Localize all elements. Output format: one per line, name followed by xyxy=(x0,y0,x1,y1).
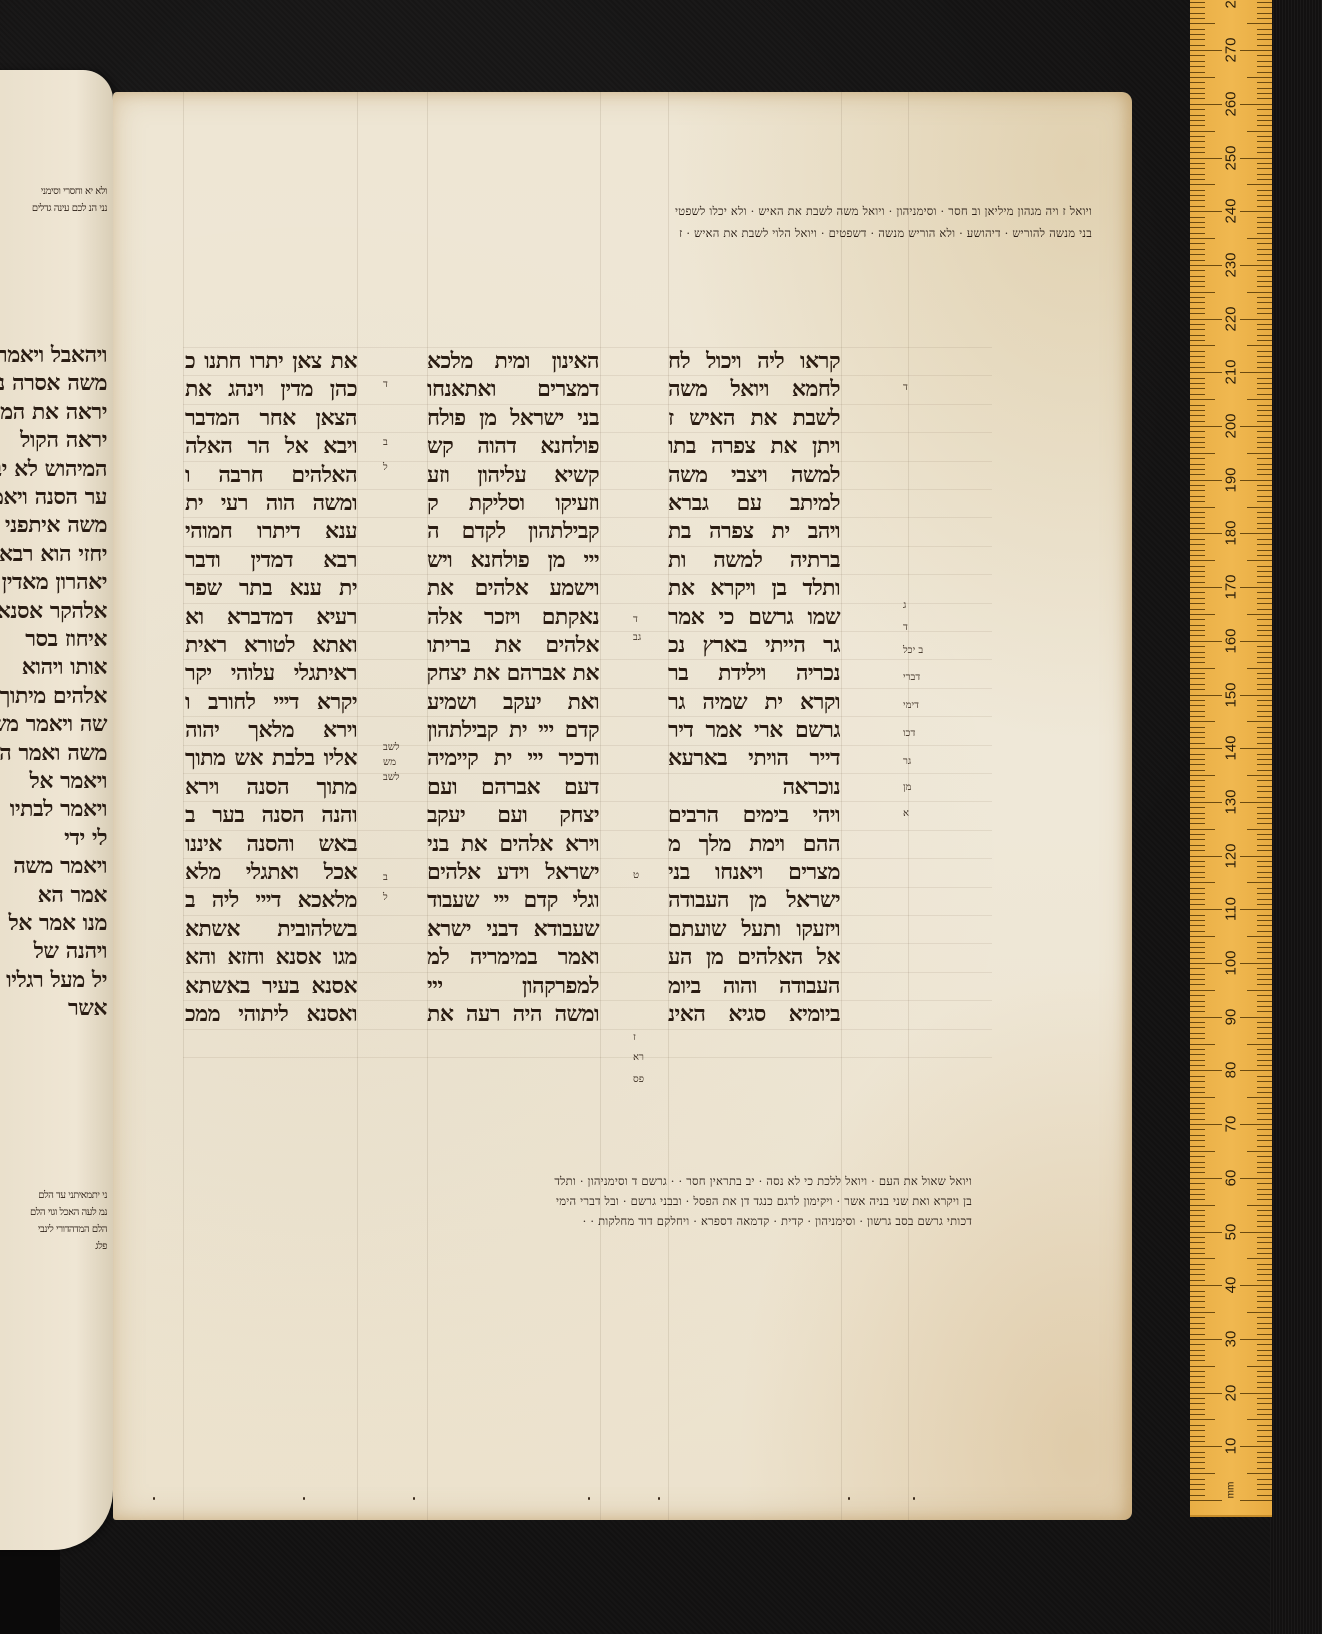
ruler-tick xyxy=(1190,555,1205,556)
ruler-tick xyxy=(1190,737,1205,738)
ruler-tick xyxy=(1257,1441,1272,1442)
ruler-tick xyxy=(1257,367,1272,368)
text-line: למיתב עם גברא xyxy=(668,489,840,517)
ruler-tick xyxy=(1257,979,1272,980)
ruler-tick xyxy=(1190,1172,1205,1173)
ruler-tick xyxy=(1190,689,1205,690)
ruler-tick xyxy=(1257,888,1272,889)
ruler-tick xyxy=(1247,77,1272,78)
ruler-tick xyxy=(1190,286,1205,287)
ruler-tick xyxy=(1257,571,1272,572)
ruler-tick xyxy=(1257,754,1272,755)
ruler-tick xyxy=(1190,872,1205,873)
ruler-tick xyxy=(1190,1081,1205,1082)
margin-note: מש xyxy=(383,757,396,768)
ruler-tick xyxy=(1257,378,1272,379)
ruler-tick xyxy=(1190,1129,1205,1130)
text-line: קדם ייי ית קבילתהון xyxy=(427,716,599,744)
text-line: האינון ומית מלכא xyxy=(427,347,599,375)
ruler-tick xyxy=(1257,190,1272,191)
ruler-tick xyxy=(1190,1060,1205,1061)
ruler-tick xyxy=(1190,646,1205,647)
ruler-label: 210 xyxy=(1223,360,1240,385)
ruler-tick xyxy=(1257,1087,1272,1088)
ruler-tick xyxy=(1190,614,1215,615)
text-line: והנה הסנה בער ב xyxy=(185,801,357,829)
ruler-tick xyxy=(1190,141,1205,142)
ruler-tick xyxy=(1190,861,1205,862)
pricking-mark xyxy=(413,1497,415,1500)
ruler-tick xyxy=(1190,372,1222,373)
left-page-text-line: אלהקר אסנא xyxy=(0,598,107,624)
ruler-tick xyxy=(1190,1436,1205,1437)
ruler-tick xyxy=(1190,437,1205,438)
pricking-mark xyxy=(658,1497,660,1500)
ruler-tick xyxy=(1257,743,1272,744)
margin-note: דברי xyxy=(903,672,920,683)
ruler-tick xyxy=(1190,915,1205,916)
ruler-tick xyxy=(1257,550,1272,551)
left-page-text-line: אותו ויהוא xyxy=(22,654,107,680)
ruler-tick xyxy=(1257,18,1272,19)
ruler-tick xyxy=(1190,571,1205,572)
ruler-tick xyxy=(1190,791,1205,792)
ruler-tick xyxy=(1257,566,1272,567)
ruler-tick xyxy=(1257,786,1272,787)
ruler-tick xyxy=(1190,1232,1222,1233)
ruler-tick xyxy=(1240,748,1272,749)
margin-note: רא xyxy=(633,1052,644,1063)
ruler-tick xyxy=(1190,802,1222,803)
text-line: וזעיקו וסליקת ק xyxy=(427,489,599,517)
ruler-tick xyxy=(1257,1328,1272,1329)
text-line: דייר הויתי בארעא xyxy=(668,744,840,772)
ruler-tick xyxy=(1257,995,1272,996)
ruler-tick xyxy=(1190,249,1205,250)
ruler-tick xyxy=(1257,297,1272,298)
text-line: אלהים את בריתו xyxy=(427,631,599,659)
ruler-tick xyxy=(1190,1409,1205,1410)
text-line: אכל ואתגלי מלא xyxy=(185,858,357,886)
margin-note: דכו xyxy=(903,728,915,739)
ruler-tick xyxy=(1190,984,1205,985)
ruler-tick xyxy=(1247,23,1272,24)
ruler-tick xyxy=(1190,200,1205,201)
ruler-tick xyxy=(1240,211,1272,212)
left-top-masorah-line: נני הנ לכם עינה גדלים xyxy=(32,203,107,214)
ruler-tick xyxy=(1190,1022,1205,1023)
ruler-tick xyxy=(1240,1446,1272,1447)
text-line: ההם וימת מלך מ xyxy=(668,830,840,858)
ruling-line xyxy=(841,92,842,1520)
ruler-tick xyxy=(1240,265,1272,266)
ruler-label: 40 xyxy=(1223,1277,1240,1294)
text-line: ויהי בימים הרבים xyxy=(668,801,840,829)
text-line: ויבא אל הר האלה xyxy=(185,432,357,460)
left-page-text-line: יאהרון מאדין xyxy=(2,569,107,595)
text-line: קראו ליה ויכול לח xyxy=(668,347,840,375)
ruler-tick xyxy=(1247,453,1272,454)
ruler-tick xyxy=(1190,174,1205,175)
ruler-tick xyxy=(1247,936,1272,937)
ruler-tick xyxy=(1190,501,1205,502)
text-line: פולחנא דהוה קש xyxy=(427,432,599,460)
ruler-tick xyxy=(1190,813,1205,814)
pricking-mark xyxy=(153,1497,155,1500)
ruler-tick xyxy=(1190,104,1222,105)
left-page-text-line: אמר הא xyxy=(38,882,107,908)
ruler-tick xyxy=(1190,1489,1205,1490)
ruler-tick xyxy=(1240,963,1272,964)
ruler-tick xyxy=(1190,1044,1215,1045)
ruler-tick xyxy=(1240,1124,1272,1125)
text-line: ויתן את צפרה בתו xyxy=(668,432,840,460)
ruler-tick xyxy=(1257,1027,1272,1028)
ruler-tick xyxy=(1190,732,1205,733)
ruler-tick xyxy=(1190,818,1205,819)
ruler-tick xyxy=(1190,109,1205,110)
text-line: ייי מן פולחנא ויש xyxy=(427,546,599,574)
ruler-tick xyxy=(1247,829,1272,830)
text-line: אל האלהים מן הע xyxy=(668,943,840,971)
text-column-right: קראו ליה ויכול לחלחמא ויואל משהלשבת את ה… xyxy=(668,347,840,1028)
ruler-tick xyxy=(1257,61,1272,62)
ruler-tick xyxy=(1190,1065,1205,1066)
left-page-text-line: אלהים מיתוך xyxy=(0,683,107,709)
ruler-tick xyxy=(1190,754,1205,755)
ruler-tick xyxy=(1257,861,1272,862)
ruler-tick xyxy=(1190,1124,1222,1125)
ruler-tick xyxy=(1257,88,1272,89)
ruler-tick xyxy=(1257,125,1272,126)
ruler-tick xyxy=(1257,1146,1272,1147)
text-line: מתוך הסנה וירא xyxy=(185,773,357,801)
ruler-tick xyxy=(1257,260,1272,261)
ruler-tick xyxy=(1257,174,1272,175)
ruler-tick xyxy=(1257,313,1272,314)
ruler-tick xyxy=(1257,1065,1272,1066)
ruler-tick xyxy=(1190,55,1205,56)
ruler-tick xyxy=(1257,302,1272,303)
left-page-text-line: ויאמר לבתיו xyxy=(10,796,107,822)
ruler-tick xyxy=(1257,818,1272,819)
ruler-tick xyxy=(1190,1280,1205,1281)
ruler-tick xyxy=(1190,23,1215,24)
ruler-tick xyxy=(1257,780,1272,781)
ruler-tick xyxy=(1190,458,1205,459)
margin-note: ב xyxy=(383,437,388,448)
margin-note: ד xyxy=(903,622,908,633)
ruler-tick xyxy=(1190,329,1205,330)
ruler-tick xyxy=(1190,716,1205,717)
ruler-tick xyxy=(1257,233,1272,234)
ruler-tick xyxy=(1190,474,1205,475)
text-line: העבודה והוה ביומ xyxy=(668,972,840,1000)
text-line: ויהב ית צפרה בת xyxy=(668,517,840,545)
ruler-tick xyxy=(1257,732,1272,733)
ruler-tick xyxy=(1257,168,1272,169)
ruler-tick xyxy=(1190,1382,1205,1383)
ruler-tick xyxy=(1190,1473,1215,1474)
ruler-tick xyxy=(1190,254,1205,255)
ruler-tick xyxy=(1190,313,1205,314)
ruler-tick xyxy=(1190,1011,1205,1012)
ruler-tick xyxy=(1257,1135,1272,1136)
ruler-tick xyxy=(1257,1248,1272,1249)
ruler-tick xyxy=(1190,179,1205,180)
ruler-tick xyxy=(1190,1307,1205,1308)
ruler-tick xyxy=(1257,517,1272,518)
ruler-tick xyxy=(1190,630,1205,631)
ruler-tick xyxy=(1190,619,1205,620)
ruler-tick xyxy=(1257,98,1272,99)
ruler-tick xyxy=(1257,700,1272,701)
ruler-tick xyxy=(1190,405,1205,406)
ruler-tick xyxy=(1257,539,1272,540)
ruler-tick xyxy=(1257,797,1272,798)
ruler-tick xyxy=(1190,995,1205,996)
ruler-tick xyxy=(1190,1468,1205,1469)
text-line: את צאן יתרו חתנו כ xyxy=(185,347,357,375)
ruler-tick xyxy=(1190,61,1205,62)
ruler-tick xyxy=(1257,1387,1272,1388)
ruler-tick xyxy=(1190,1162,1205,1163)
ruler-tick xyxy=(1257,925,1272,926)
ruler-tick xyxy=(1257,1237,1272,1238)
text-line: רעיא דמדברא וא xyxy=(185,603,357,631)
ruler-tick xyxy=(1257,974,1272,975)
ruler-tick xyxy=(1257,222,1272,223)
ruler-tick xyxy=(1190,190,1205,191)
text-line: קבילתהון לקדם ה xyxy=(427,517,599,545)
ruler-tick xyxy=(1190,1334,1205,1335)
ruler-label: 130 xyxy=(1223,789,1240,814)
ruler-tick xyxy=(1247,1419,1272,1420)
ruler-tick xyxy=(1257,1484,1272,1485)
ruler-tick xyxy=(1257,872,1272,873)
ruler-tick xyxy=(1257,839,1272,840)
ruler-tick xyxy=(1190,829,1215,830)
ruler-tick xyxy=(1257,340,1272,341)
ruler-label: 220 xyxy=(1223,306,1240,331)
ruler-tick xyxy=(1190,958,1205,959)
ruler-tick xyxy=(1190,1146,1205,1147)
margin-note: ל xyxy=(383,892,388,903)
ruler-tick xyxy=(1190,1140,1205,1141)
ruler-tick xyxy=(1240,802,1272,803)
ruler-tick xyxy=(1190,550,1205,551)
ruler-tick xyxy=(1190,34,1205,35)
ruler-tick xyxy=(1257,652,1272,653)
ruler-tick xyxy=(1257,603,1272,604)
ruler-tick xyxy=(1190,797,1205,798)
ruler-tick xyxy=(1190,453,1215,454)
ruler-tick xyxy=(1190,388,1205,389)
ruler-tick xyxy=(1257,485,1272,486)
text-line: ביומיא סגיא האינ xyxy=(668,1000,840,1028)
ruler-tick xyxy=(1190,1371,1205,1372)
ruler-tick xyxy=(1190,1430,1205,1431)
ruler-tick xyxy=(1190,968,1205,969)
ruler-tick xyxy=(1190,1135,1205,1136)
margin-note: ל xyxy=(383,462,388,473)
ruler-tick xyxy=(1257,678,1272,679)
ruler-tick xyxy=(1257,630,1272,631)
ruler-tick xyxy=(1190,1087,1205,1088)
ruler-tick xyxy=(1190,217,1205,218)
ruler-tick xyxy=(1257,243,1272,244)
ruler-tick xyxy=(1190,882,1215,883)
ruler-tick xyxy=(1190,1291,1205,1292)
left-page-text-line: יל מעל רגליו xyxy=(6,967,107,993)
ruler-tick xyxy=(1190,1226,1205,1227)
ruler-label: 150 xyxy=(1223,682,1240,707)
text-line: גר הייתי בארץ נכ xyxy=(668,631,840,659)
ruler-tick xyxy=(1190,1183,1205,1184)
ruler-tick xyxy=(1257,984,1272,985)
ruler-tick xyxy=(1190,1323,1205,1324)
ruler-tick xyxy=(1190,7,1205,8)
text-line: רבא דמדין ודבר xyxy=(185,546,357,574)
ruler-tick xyxy=(1257,845,1272,846)
ruler-tick xyxy=(1190,1006,1205,1007)
masorah-magna-top-line: ויואל ז ויה מגהון מיליאן וב חסר · וסימני… xyxy=(675,204,1092,218)
ruler-tick xyxy=(1240,909,1272,910)
ruler-tick xyxy=(1257,490,1272,491)
ruler-tick xyxy=(1257,625,1272,626)
ruler-tick xyxy=(1257,1301,1272,1302)
ruler-tick xyxy=(1190,936,1215,937)
ruler-tick xyxy=(1257,1054,1272,1055)
left-page-text-line: מנו אמר אל xyxy=(8,910,107,936)
ruler-tick xyxy=(1190,13,1205,14)
ruler-tick xyxy=(1190,759,1205,760)
text-line: ותלד בן ויקרא את xyxy=(668,574,840,602)
ruler-tick xyxy=(1190,1119,1205,1120)
ruler-tick xyxy=(1257,1371,1272,1372)
ruler-tick xyxy=(1257,834,1272,835)
pricking-mark xyxy=(588,1497,590,1500)
ruler-tick xyxy=(1190,899,1205,900)
ruler-tick xyxy=(1190,276,1205,277)
ruler-tick xyxy=(1257,807,1272,808)
ruler-tick xyxy=(1257,72,1272,73)
ruler-tick xyxy=(1257,1038,1272,1039)
ruler-tick xyxy=(1190,447,1205,448)
ruler-tick xyxy=(1257,1253,1272,1254)
ruler-tick xyxy=(1190,415,1205,416)
ruler-tick xyxy=(1190,50,1222,51)
ruler-tick xyxy=(1257,958,1272,959)
ruler-tick xyxy=(1190,211,1222,212)
ruler-tick xyxy=(1190,1285,1222,1286)
ruler-tick xyxy=(1190,1301,1205,1302)
ruler-tick xyxy=(1257,1462,1272,1463)
ruler-label: 170 xyxy=(1223,575,1240,600)
text-line: נאקתם ויזכר אלה xyxy=(427,603,599,631)
text-line: באש והסנה איננו xyxy=(185,830,357,858)
ruler-tick xyxy=(1257,34,1272,35)
ruler-tick xyxy=(1190,603,1205,604)
ruler-tick xyxy=(1257,1436,1272,1437)
text-line: דמצרים ואתאנחו xyxy=(427,375,599,403)
ruler-tick xyxy=(1257,915,1272,916)
ruler-tick xyxy=(1257,1129,1272,1130)
ruler-tick xyxy=(1190,490,1205,491)
ruler-tick xyxy=(1257,947,1272,948)
ruler-tick xyxy=(1257,1376,1272,1377)
ruler-label: 20 xyxy=(1223,1384,1240,1401)
ruler-tick xyxy=(1247,345,1272,346)
ruler-tick xyxy=(1257,93,1272,94)
ruler-tick xyxy=(1190,705,1205,706)
ruler-tick xyxy=(1247,1473,1272,1474)
margin-note: פס xyxy=(633,1074,644,1085)
text-line: ואת יעקב ושמיע xyxy=(427,688,599,716)
ruler-tick xyxy=(1257,1103,1272,1104)
ruler-label: 160 xyxy=(1223,628,1240,653)
ruler-tick xyxy=(1257,388,1272,389)
ruler-tick xyxy=(1190,292,1215,293)
left-top-masorah-line: ולא יא וחסרי וסימני xyxy=(41,186,107,197)
ruler-tick xyxy=(1257,1001,1272,1002)
ruler-tick xyxy=(1190,1054,1205,1055)
ruler-tick xyxy=(1257,866,1272,867)
masorah-magna-bottom-line: ויואל שאול את העם · ויואל ללכת כי לא נסה… xyxy=(554,1174,972,1188)
text-line: ראיתגלי עלוהי יקר xyxy=(185,659,357,687)
ruler-tick xyxy=(1190,544,1205,545)
ruler-tick xyxy=(1190,657,1205,658)
ruler-tick xyxy=(1257,1242,1272,1243)
ruler-tick xyxy=(1190,1156,1205,1157)
ruler-tick xyxy=(1190,770,1205,771)
margin-note: ב xyxy=(383,872,388,883)
text-line: ברתיה למשה ות xyxy=(668,546,840,574)
ruling-line xyxy=(908,92,909,1520)
ruler-tick xyxy=(1190,1258,1215,1259)
ruler-tick xyxy=(1257,711,1272,712)
ruler-label: 270 xyxy=(1223,38,1240,63)
ruler-tick xyxy=(1257,136,1272,137)
ruler-tick xyxy=(1190,1049,1205,1050)
ruler-tick xyxy=(1190,1178,1222,1179)
ruler-tick xyxy=(1257,727,1272,728)
ruler-label: 60 xyxy=(1223,1169,1240,1186)
ruling-line xyxy=(183,92,184,1520)
margin-note: ד xyxy=(383,379,388,390)
ruler-tick xyxy=(1257,684,1272,685)
ruler-tick xyxy=(1247,614,1272,615)
ruler-tick xyxy=(1190,512,1205,513)
ruler-tick xyxy=(1257,115,1272,116)
ruler-tick xyxy=(1190,856,1222,857)
ruler-tick xyxy=(1190,560,1215,561)
left-page-text-line: יראה את המראה xyxy=(0,399,107,425)
ruler-tick xyxy=(1190,1092,1205,1093)
ruler-tick xyxy=(1257,195,1272,196)
ruler-tick xyxy=(1190,168,1205,169)
masorah-magna-bottom-line: בן ויקרא ואת שני בניה אשר · ויקימון לרגם… xyxy=(556,1194,972,1208)
ruler-tick xyxy=(1257,609,1272,610)
ruler-tick xyxy=(1257,13,1272,14)
left-page-text-line: ויהנה של xyxy=(34,938,107,964)
ruler-tick xyxy=(1257,415,1272,416)
left-page-text-line: שה ויאמר משה xyxy=(0,711,107,737)
ruler-tick xyxy=(1190,1462,1205,1463)
ruler-tick xyxy=(1247,1205,1272,1206)
ruler-label: 280 xyxy=(1223,0,1240,9)
ruler-tick xyxy=(1190,963,1222,964)
